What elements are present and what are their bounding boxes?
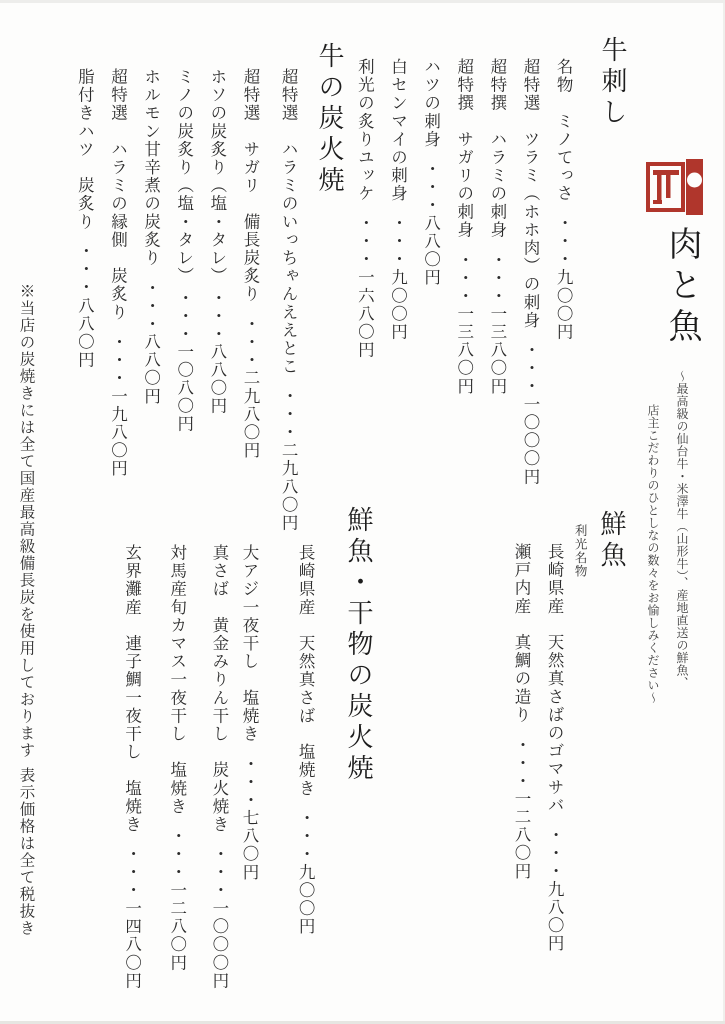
- menu-item-name: ホソの炭炙り（塩・タレ）: [208, 68, 227, 277]
- menu-item: 超特選 ツラミ（ホホ肉）の刺身・・・一〇〇〇円: [520, 58, 540, 486]
- menu-item: ホルモン甘辛煮の炭炙り・・・八八〇円: [140, 68, 160, 532]
- price-leader-dots: ・・・: [521, 341, 540, 395]
- menu-item: 脂付きハツ 炭炙り・・・八八〇円: [74, 68, 94, 532]
- menu-item: 真さば 黄金みりん干し 炭火焼き・・・一〇〇〇円: [209, 544, 229, 990]
- price-leader-dots: ・・・: [296, 809, 315, 863]
- section-title: 牛の炭火焼: [314, 42, 344, 532]
- price-leader-dots: ・・・: [175, 289, 194, 343]
- menu-item: 超特撰 サガリの刺身・・・一三八〇円: [454, 58, 474, 486]
- menu-item-name: 白センマイの刺身: [388, 58, 407, 203]
- price-leader-dots: ・・・: [512, 736, 531, 790]
- menu-item-price: 一九八〇円: [108, 387, 127, 478]
- price-leader-dots: ・・・: [142, 279, 161, 333]
- price-leader-dots: ・・・: [210, 845, 229, 899]
- menu-item-name: 長崎県産 天然真さばのゴマサバ: [545, 543, 564, 815]
- menu-item-name: 超特選 ツラミ（ホホ肉）の刺身: [521, 58, 540, 330]
- price-leader-dots: ・・・: [488, 251, 507, 305]
- section-title: 鮮魚: [596, 510, 626, 953]
- menu-item: 大アジ一夜干し 塩焼き・・・七八〇円: [239, 544, 259, 990]
- menu-item: 長崎県産 天然真さば 塩焼き・・・九〇〇円: [295, 544, 315, 990]
- menu-item-price: 一四八〇円: [123, 899, 142, 990]
- price-leader-dots: ・・・: [240, 755, 259, 809]
- section-fresh-fish: 鮮魚 利光名物 長崎県産 天然真さばのゴマサバ・・・九八〇円 瀬戸内産 真鯛の造…: [498, 510, 626, 953]
- menu-item-price: 一二八〇円: [168, 881, 187, 972]
- menu-item-name: 長崎県産 天然真さば 塩焼き: [296, 544, 315, 797]
- price-leader-dots: ・・・: [168, 827, 187, 881]
- menu-item: 長崎県産 天然真さばのゴマサバ・・・九八〇円: [544, 543, 564, 953]
- menu-item-name: 玄界灘産 連子鯛一夜干し 塩焼き: [123, 544, 142, 834]
- price-leader-dots: ・・・: [422, 160, 441, 214]
- section-beef-charcoal-grill: 牛の炭火焼 超特選 ハラミのいっちゃんええとこ・・・二九八〇円 超特選 サガリ …: [61, 42, 344, 532]
- price-leader-dots: ・・・: [208, 289, 227, 343]
- menu-item-name: 名物 ミノてっさ: [554, 58, 573, 203]
- menu-item-name: 大アジ一夜干し 塩焼き: [240, 544, 259, 743]
- menu-item: 超特選 サガリ 備長炭炙り・・・二九八〇円: [240, 68, 260, 532]
- section-title: 鮮魚・干物の炭火焼: [343, 506, 373, 990]
- menu-item-price: 一〇〇〇円: [521, 395, 540, 486]
- menu-item-price: 八八〇円: [208, 343, 227, 415]
- menu-item-name: 真さば 黄金みりん干し 炭火焼き: [210, 544, 229, 834]
- menu-item-price: 八八〇円: [142, 333, 161, 405]
- menu-item: ハツの刺身・・・八八〇円: [420, 58, 440, 486]
- subtitle-line-1: 〜最高級の仙台牛・米澤牛（山形牛）、産地直送の鮮魚、: [674, 370, 689, 704]
- menu-item-name: 利光の炙りユッケ: [355, 58, 374, 203]
- menu-item: 超特撰 ハラミの刺身・・・一三八〇円: [487, 58, 507, 486]
- menu-item-price: 二九八〇円: [241, 369, 260, 460]
- menu-item-name: 超特選 サガリ 備長炭炙り: [241, 68, 260, 303]
- menu-item: 白センマイの刺身・・・九〇〇円: [387, 58, 407, 486]
- menu-item-price: 七八〇円: [240, 809, 259, 881]
- price-leader-dots: ・・・: [241, 315, 260, 369]
- menu-item: 超特選 ハラミの縁側 炭炙り・・・一九八〇円: [107, 68, 127, 532]
- price-leader-dots: ・・・: [123, 845, 142, 899]
- menu-item-price: 一〇八〇円: [175, 343, 194, 434]
- menu-item-price: 八八〇円: [75, 297, 94, 369]
- menu-item: ホソの炭炙り（塩・タレ）・・・八八〇円: [207, 68, 227, 532]
- menu-item: ミノの炭炙り（塩・タレ）・・・一〇八〇円: [174, 68, 194, 532]
- menu-item-price: 一二八〇円: [512, 790, 531, 881]
- menu-item-name: 超特撰 ハラミの刺身: [488, 58, 507, 239]
- menu-item-price: 九〇〇円: [296, 863, 315, 935]
- section-items: 長崎県産 天然真さば 塩焼き・・・九〇〇円 大アジ一夜干し 塩焼き・・・七八〇円…: [121, 506, 315, 990]
- section-title: 牛刺し: [597, 36, 627, 486]
- price-leader-dots: ・・・: [455, 251, 474, 305]
- menu-subtitle: 〜最高級の仙台牛・米澤牛（山形牛）、産地直送の鮮魚、 店主こだわりのひとしなの数…: [645, 370, 689, 704]
- menu-item-name: ハツの刺身: [422, 58, 441, 149]
- note-tax-notice: 表示価格は全て税抜き: [16, 767, 35, 937]
- section-items: 長崎県産 天然真さばのゴマサバ・・・九八〇円 瀬戸内産 真鯛の造り・・・一二八〇…: [511, 510, 564, 953]
- menu-item-name: ホルモン甘辛煮の炭炙り: [142, 68, 161, 267]
- price-leader-dots: ・・・: [554, 214, 573, 268]
- price-leader-dots: ・・・: [355, 214, 374, 268]
- price-leader-dots: ・・・: [279, 387, 298, 441]
- section-items: 名物 ミノてっさ・・・九〇〇円 超特選 ツラミ（ホホ肉）の刺身・・・一〇〇〇円 …: [354, 36, 573, 486]
- menu-item-name: 超特選 ハラミの縁側 炭炙り: [108, 68, 127, 321]
- price-leader-dots: ・・・: [108, 333, 127, 387]
- menu-item: 瀬戸内産 真鯛の造り・・・一二八〇円: [511, 543, 531, 953]
- menu-item-price: 一〇〇〇円: [210, 899, 229, 990]
- menu-item: 利光の炙りユッケ・・・一六八〇円: [354, 58, 374, 486]
- section-beef-sashimi: 牛刺し 名物 ミノてっさ・・・九〇〇円 超特選 ツラミ（ホホ肉）の刺身・・・一〇…: [341, 36, 627, 486]
- menu-item-price: 九八〇円: [545, 880, 564, 952]
- menu-item: 名物 ミノてっさ・・・九〇〇円: [553, 58, 573, 486]
- menu-item-price: 九〇〇円: [554, 269, 573, 341]
- page-title: 肉と魚: [663, 226, 700, 349]
- restaurant-seal-logo: [645, 156, 705, 218]
- menu-item-price: 一三八〇円: [455, 305, 474, 396]
- menu-item: 超特選 ハラミのいっちゃんええとこ・・・二九八〇円: [278, 68, 298, 532]
- fish-specialty-label: 利光名物: [571, 510, 589, 953]
- price-leader-dots: ・・・: [75, 242, 94, 296]
- menu-item-price: 一六八〇円: [355, 269, 374, 360]
- menu-item-name: 対馬産旬カマス一夜干し 塩焼き: [168, 544, 187, 816]
- menu-item-price: 八八〇円: [422, 214, 441, 286]
- menu-item: 対馬産旬カマス一夜干し 塩焼き・・・一二八〇円: [167, 544, 187, 990]
- subtitle-line-2: 店主こだわりのひとしなの数々をお愉しみください〜: [645, 370, 660, 704]
- price-leader-dots: ・・・: [545, 826, 564, 880]
- menu-page: 肉と魚 〜最高級の仙台牛・米澤牛（山形牛）、産地直送の鮮魚、 店主こだわりのひと…: [0, 0, 725, 1024]
- menu-item: 玄界灘産 連子鯛一夜干し 塩焼き・・・一四八〇円: [121, 544, 141, 990]
- menu-item-name: 超特選 ハラミのいっちゃんええとこ: [279, 68, 298, 376]
- section-fish-dried-charcoal-grill: 鮮魚・干物の炭火焼 長崎県産 天然真さば 塩焼き・・・九〇〇円 大アジ一夜干し …: [108, 506, 373, 990]
- section-items: 超特選 ハラミのいっちゃんええとこ・・・二九八〇円 超特選 サガリ 備長炭炙り・…: [74, 42, 298, 532]
- seal-icon: [645, 156, 705, 218]
- menu-item-name: ミノの炭炙り（塩・タレ）: [175, 68, 194, 277]
- price-leader-dots: ・・・: [388, 214, 407, 268]
- menu-item-name: 脂付きハツ 炭炙り: [75, 68, 94, 231]
- menu-item-price: 一三八〇円: [488, 305, 507, 396]
- menu-item-name: 超特撰 サガリの刺身: [455, 58, 474, 239]
- note-charcoal: ※当店の炭焼きには全て国産最高級備長炭を使用しております: [16, 283, 35, 759]
- menu-item-name: 瀬戸内産 真鯛の造り: [512, 543, 531, 724]
- menu-item-price: 九〇〇円: [388, 269, 407, 341]
